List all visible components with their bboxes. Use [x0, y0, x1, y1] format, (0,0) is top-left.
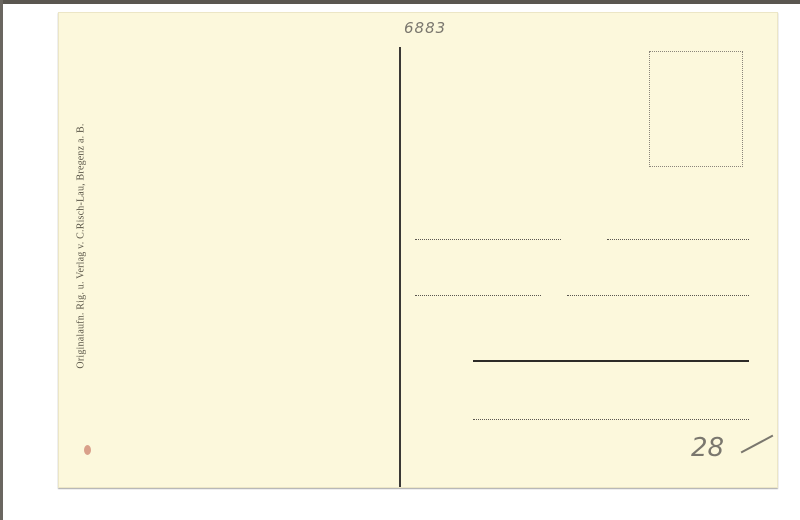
publisher-text: Originalaufn. Rig. u. Verlag v. C.Risch-…	[76, 123, 87, 368]
center-divider-line	[399, 47, 401, 487]
address-line-4	[473, 419, 749, 420]
stain-mark	[84, 445, 91, 455]
address-line-1a	[415, 239, 561, 240]
publisher-imprint: Originalaufn. Rig. u. Verlag v. C.Risch-…	[71, 51, 91, 441]
scan-top-edge	[0, 0, 800, 4]
inventory-number: 6883	[404, 19, 446, 37]
price-note: 28	[691, 433, 724, 463]
address-line-3	[473, 360, 749, 362]
address-line-2b	[567, 295, 749, 296]
postcard-back: Originalaufn. Rig. u. Verlag v. C.Risch-…	[58, 12, 778, 488]
address-line-1b	[607, 239, 749, 240]
address-line-2a	[415, 295, 541, 296]
scan-left-edge	[0, 0, 3, 520]
stamp-box	[649, 51, 743, 167]
price-slash	[741, 435, 774, 454]
